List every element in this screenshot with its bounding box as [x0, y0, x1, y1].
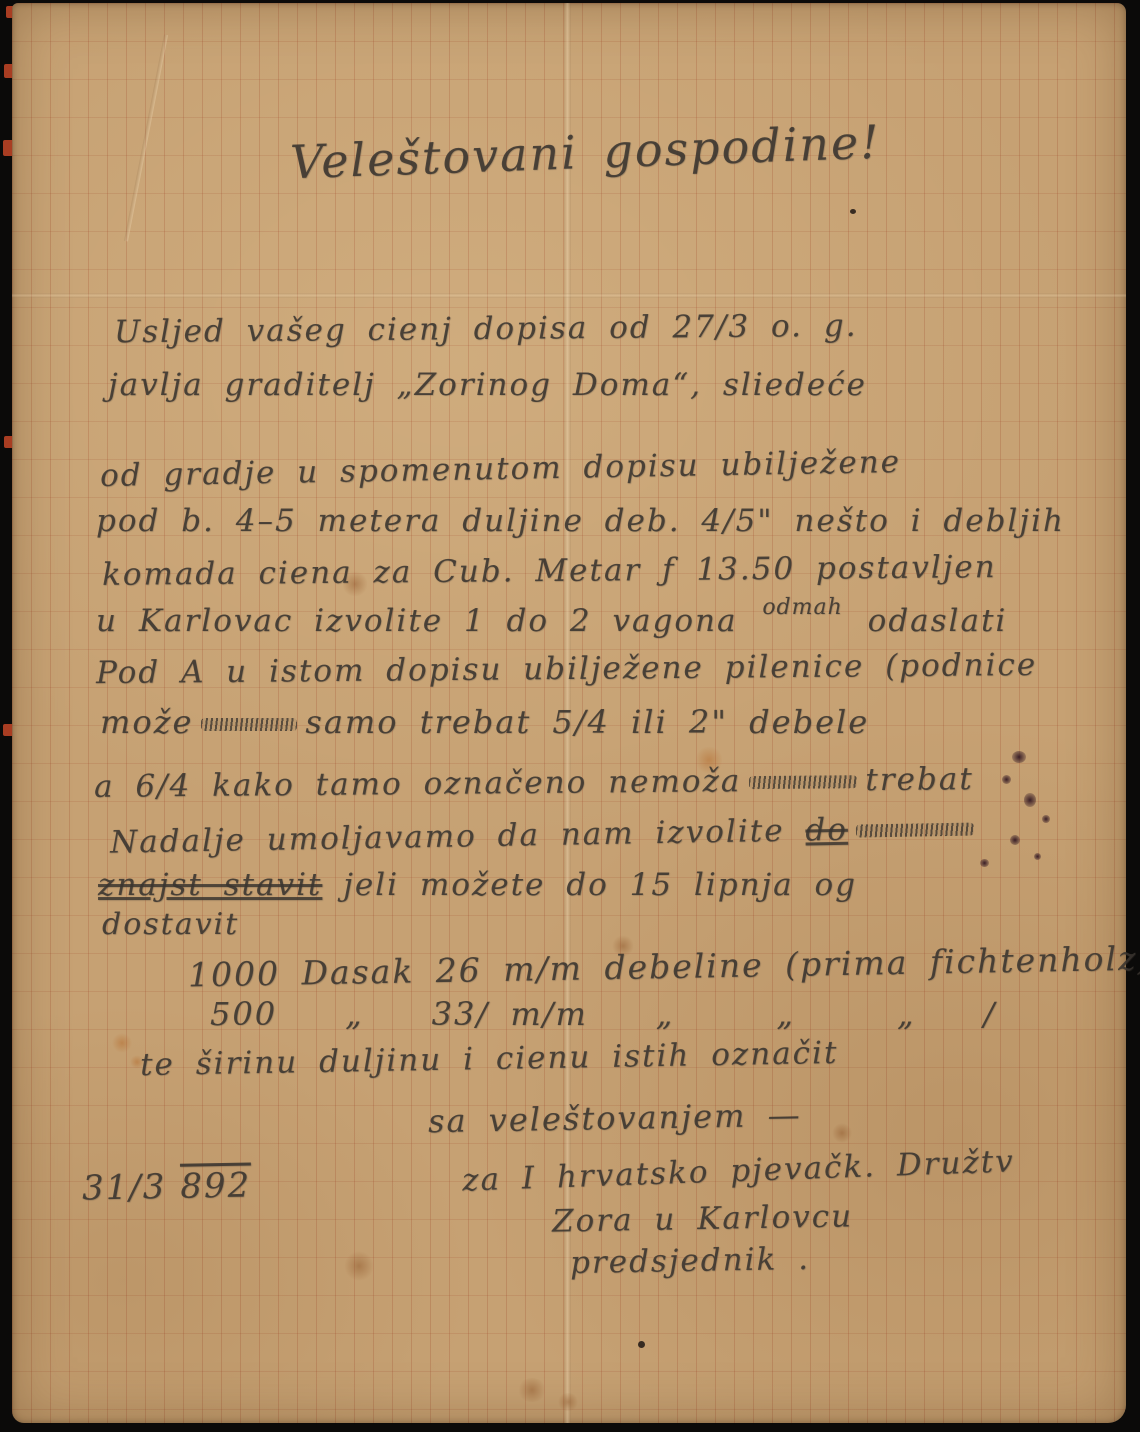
signature-line-1: za I hrvatsko pjevačk. Družtv — [462, 1143, 1016, 1198]
salutation-line: Veleštovani gospodine! — [289, 115, 881, 190]
ink-blot — [980, 859, 989, 867]
body-line-15: te širinu duljinu i cienu istih označit — [140, 1035, 839, 1083]
date-line: 31/3892 — [82, 1166, 252, 1209]
body-line-10: Nadalje umoljavamo da nam izvolite do — [110, 809, 982, 860]
date-year: 892 — [180, 1166, 252, 1207]
body-line-6-text-end: odaslati — [868, 603, 1008, 639]
body-line-8: možesamo trebat 5/4 ili 2" debele — [100, 703, 869, 741]
body-line-11: znajst stavit jeli možete do 15 lipnja o… — [98, 867, 857, 903]
body-line-2: javlja graditelj „Zorinog Doma“, sliedeć… — [108, 367, 867, 403]
ink-blot — [1010, 835, 1020, 845]
body-line-6-text: u Karlovac izvolite 1 do 2 vagona — [96, 603, 737, 639]
paper-stain — [517, 1378, 547, 1402]
body-line-8-text-end: samo trebat 5/4 ili 2" debele — [305, 703, 869, 741]
scratched-out-word — [749, 775, 857, 789]
ink-speck — [638, 1341, 645, 1348]
order-quantity-line-2: 500 „ 33/ m/m „ „ „ / — [210, 995, 996, 1033]
body-line-9-text-end: trebat — [865, 761, 974, 798]
scratched-out-word — [856, 823, 974, 838]
closing-line: sa veleštovanjem — — [428, 1096, 802, 1141]
ink-blot — [1042, 815, 1050, 823]
body-line-9: a 6/4 kako tamo označeno nemožatrebat — [94, 761, 974, 805]
ink-blot — [1012, 751, 1026, 763]
scanned-letter-page: Veleštovani gospodine! Usljed vašeg cien… — [0, 0, 1140, 1432]
inserted-word-above-line: odmah — [762, 595, 842, 620]
paper-stain — [557, 1393, 579, 1411]
body-line-5: komada ciena za Cub. Metar ƒ 13.50 posta… — [102, 549, 997, 593]
ink-speck — [850, 209, 856, 214]
paper-stain — [832, 1123, 852, 1143]
signature-line-3: predsjednik . — [570, 1241, 811, 1281]
scratched-out-word — [201, 718, 297, 731]
body-line-7: Pod A u istom dopisu ubilježene pilenice… — [96, 647, 1037, 691]
paper-stain — [344, 1251, 374, 1281]
ink-blot — [1024, 793, 1036, 807]
body-line-9-text: a 6/4 kako tamo označeno nemoža — [94, 763, 742, 805]
body-line-6: u Karlovac izvolite 1 do 2 vagona odmah … — [96, 603, 1007, 639]
body-line-3: od gradje u spomenutom dopisu ubilježene — [100, 444, 902, 494]
struck-out-words: znajst stavit — [98, 867, 322, 903]
body-line-1: Usljed vašeg cienj dopisa od 27/3 o. g. — [114, 308, 858, 350]
ink-blot — [1002, 775, 1011, 784]
date-day-month: 31/3 — [82, 1167, 167, 1208]
struck-out-word: do — [805, 812, 848, 849]
horizontal-fold-crease — [12, 293, 1126, 298]
body-line-12: dostavit — [102, 907, 239, 942]
paper-stain — [112, 1033, 132, 1053]
body-line-11-text: jeli možete do 15 lipnja og — [343, 867, 857, 903]
signature-line-2: Zora u Karlovcu — [552, 1198, 854, 1239]
body-line-4: pod b. 4–5 metera duljine deb. 4/5" nešt… — [96, 503, 1065, 539]
body-line-8-text: može — [100, 703, 193, 741]
ink-blot — [1034, 853, 1041, 860]
order-quantity-line-1: 1000 Dasak 26 m/m debeline (prima fichte… — [188, 939, 1140, 995]
corner-crease — [124, 35, 168, 242]
letter-paper: Veleštovani gospodine! Usljed vašeg cien… — [12, 3, 1126, 1423]
body-line-10-text: Nadalje umoljavamo da nam izvolite — [110, 813, 785, 861]
